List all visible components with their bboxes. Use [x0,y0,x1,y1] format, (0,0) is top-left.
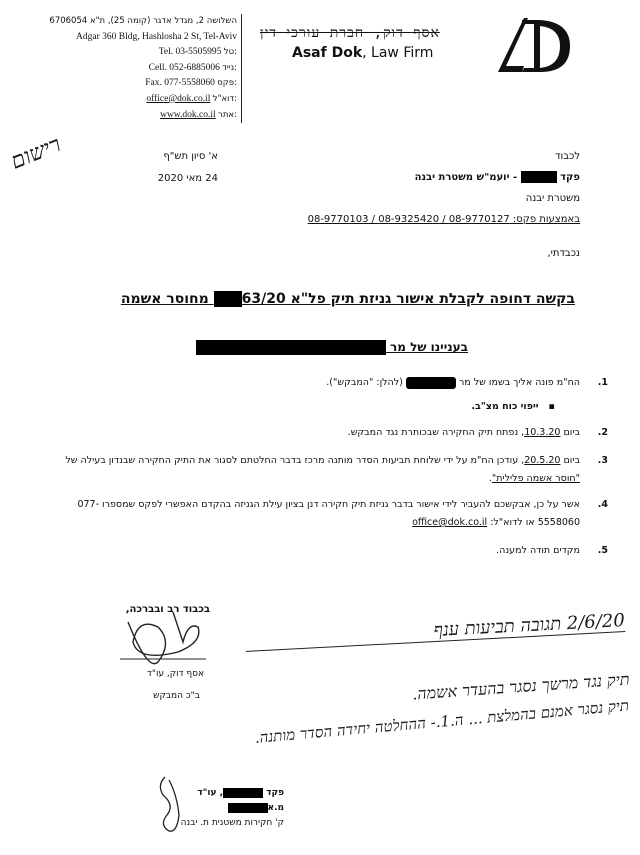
item-5: 5. מקדים תודה למענה. [60,542,580,560]
address-hebrew: השלושה 2, מגדל אדגר (קומה 25), ת"א 67060… [15,14,237,30]
handwritten-response-line-1: 2/6/20 תגובה תביעות ענף [245,610,626,652]
cell-line: Cell. 052-6885006 נייד: [15,61,237,77]
email-line: office@dok.co.il דוא"ל: [15,92,237,108]
redacted-case-number [214,291,242,307]
fax-line: Fax. 077-5558060 פקס: [15,76,237,92]
officer-name: פקד , עו"ד [180,786,284,801]
item-3: 3. ביום 20.5.20, עודכן הח"מ על ידי שלוחת… [60,452,580,488]
re-line: בעניינו של מר [168,340,468,355]
recipient-org: משטרת יבנה [240,188,580,209]
subject-line: בקשה דחופה לקבלת אישור גניזת תיק פל"א 63… [55,291,575,307]
signer-name: אסף דוק, עו"ד [120,668,204,680]
item-1: 1. הח"מ פונה אליך בשמו של מר (להלן: "המב… [60,374,580,392]
item-2: 2. ביום 10.3.20, נפתח תיק החקירה שבכותרת… [60,424,580,442]
firm-name-english: Asaf Dok, Law Firm [292,45,433,61]
email-link[interactable]: office@dok.co.il [412,517,487,528]
redacted-client-name [406,377,456,389]
redacted-officer-id [228,803,268,813]
hebrew-date: א' סיון תש"ף [150,146,218,168]
item-4: 4. אשר על כן, אבקשכם להעביר לידי אישור ב… [60,496,580,532]
firm-name-hebrew: אסף דוק, חברת עורכי דין [260,25,440,42]
website-link[interactable]: www.dok.co.il [160,110,216,120]
redacted-officer-name [223,788,263,798]
officer-unit: ק' חקירות משטנית ת. יבנה [180,816,284,831]
tel-line: Tel. 03-5505995 טל: [15,45,237,61]
signer-role: ב"כ המבקש [110,690,200,702]
email-link[interactable]: office@dok.co.il [146,94,210,104]
signature-icon [118,612,208,672]
contact-block: השלושה 2, מגדל אדגר (קומה 25), ת"א 67060… [15,14,242,123]
recipient-fax-line: באמצעות פקס: 08-9770127 / 08-9325420 / 0… [240,209,580,230]
address-english: Adgar 360 Bldg, Hashlosha 2 St, Tel-Aviv [15,30,237,46]
handwritten-margin-note: רישום [7,131,65,174]
recipient-block: לכבוד פקד - יועמ"ש משטרת יבנה משטרת יבנה… [240,146,580,230]
recipient-name: פקד - יועמ"ש משטרת יבנה [240,167,580,188]
firm-logo-icon [494,14,574,74]
web-line: www.dok.co.il אתר: [15,108,237,124]
officer-block: פקד , עו"ד מ.א ק' חקירות משטנית ת. יבנה [180,786,284,831]
to-label: לכבוד [240,146,580,167]
redacted-client-name [196,340,386,355]
item-1-bullet: ▪ייפוי כוח מצ"ב. [35,398,555,416]
date-block: א' סיון תש"ף 24 מאי 2020 [150,146,218,190]
officer-id: מ.א [180,801,284,816]
gregorian-date: 24 מאי 2020 [150,168,218,190]
redacted-name [521,171,557,183]
salutation: נכבדתי, [547,248,580,259]
